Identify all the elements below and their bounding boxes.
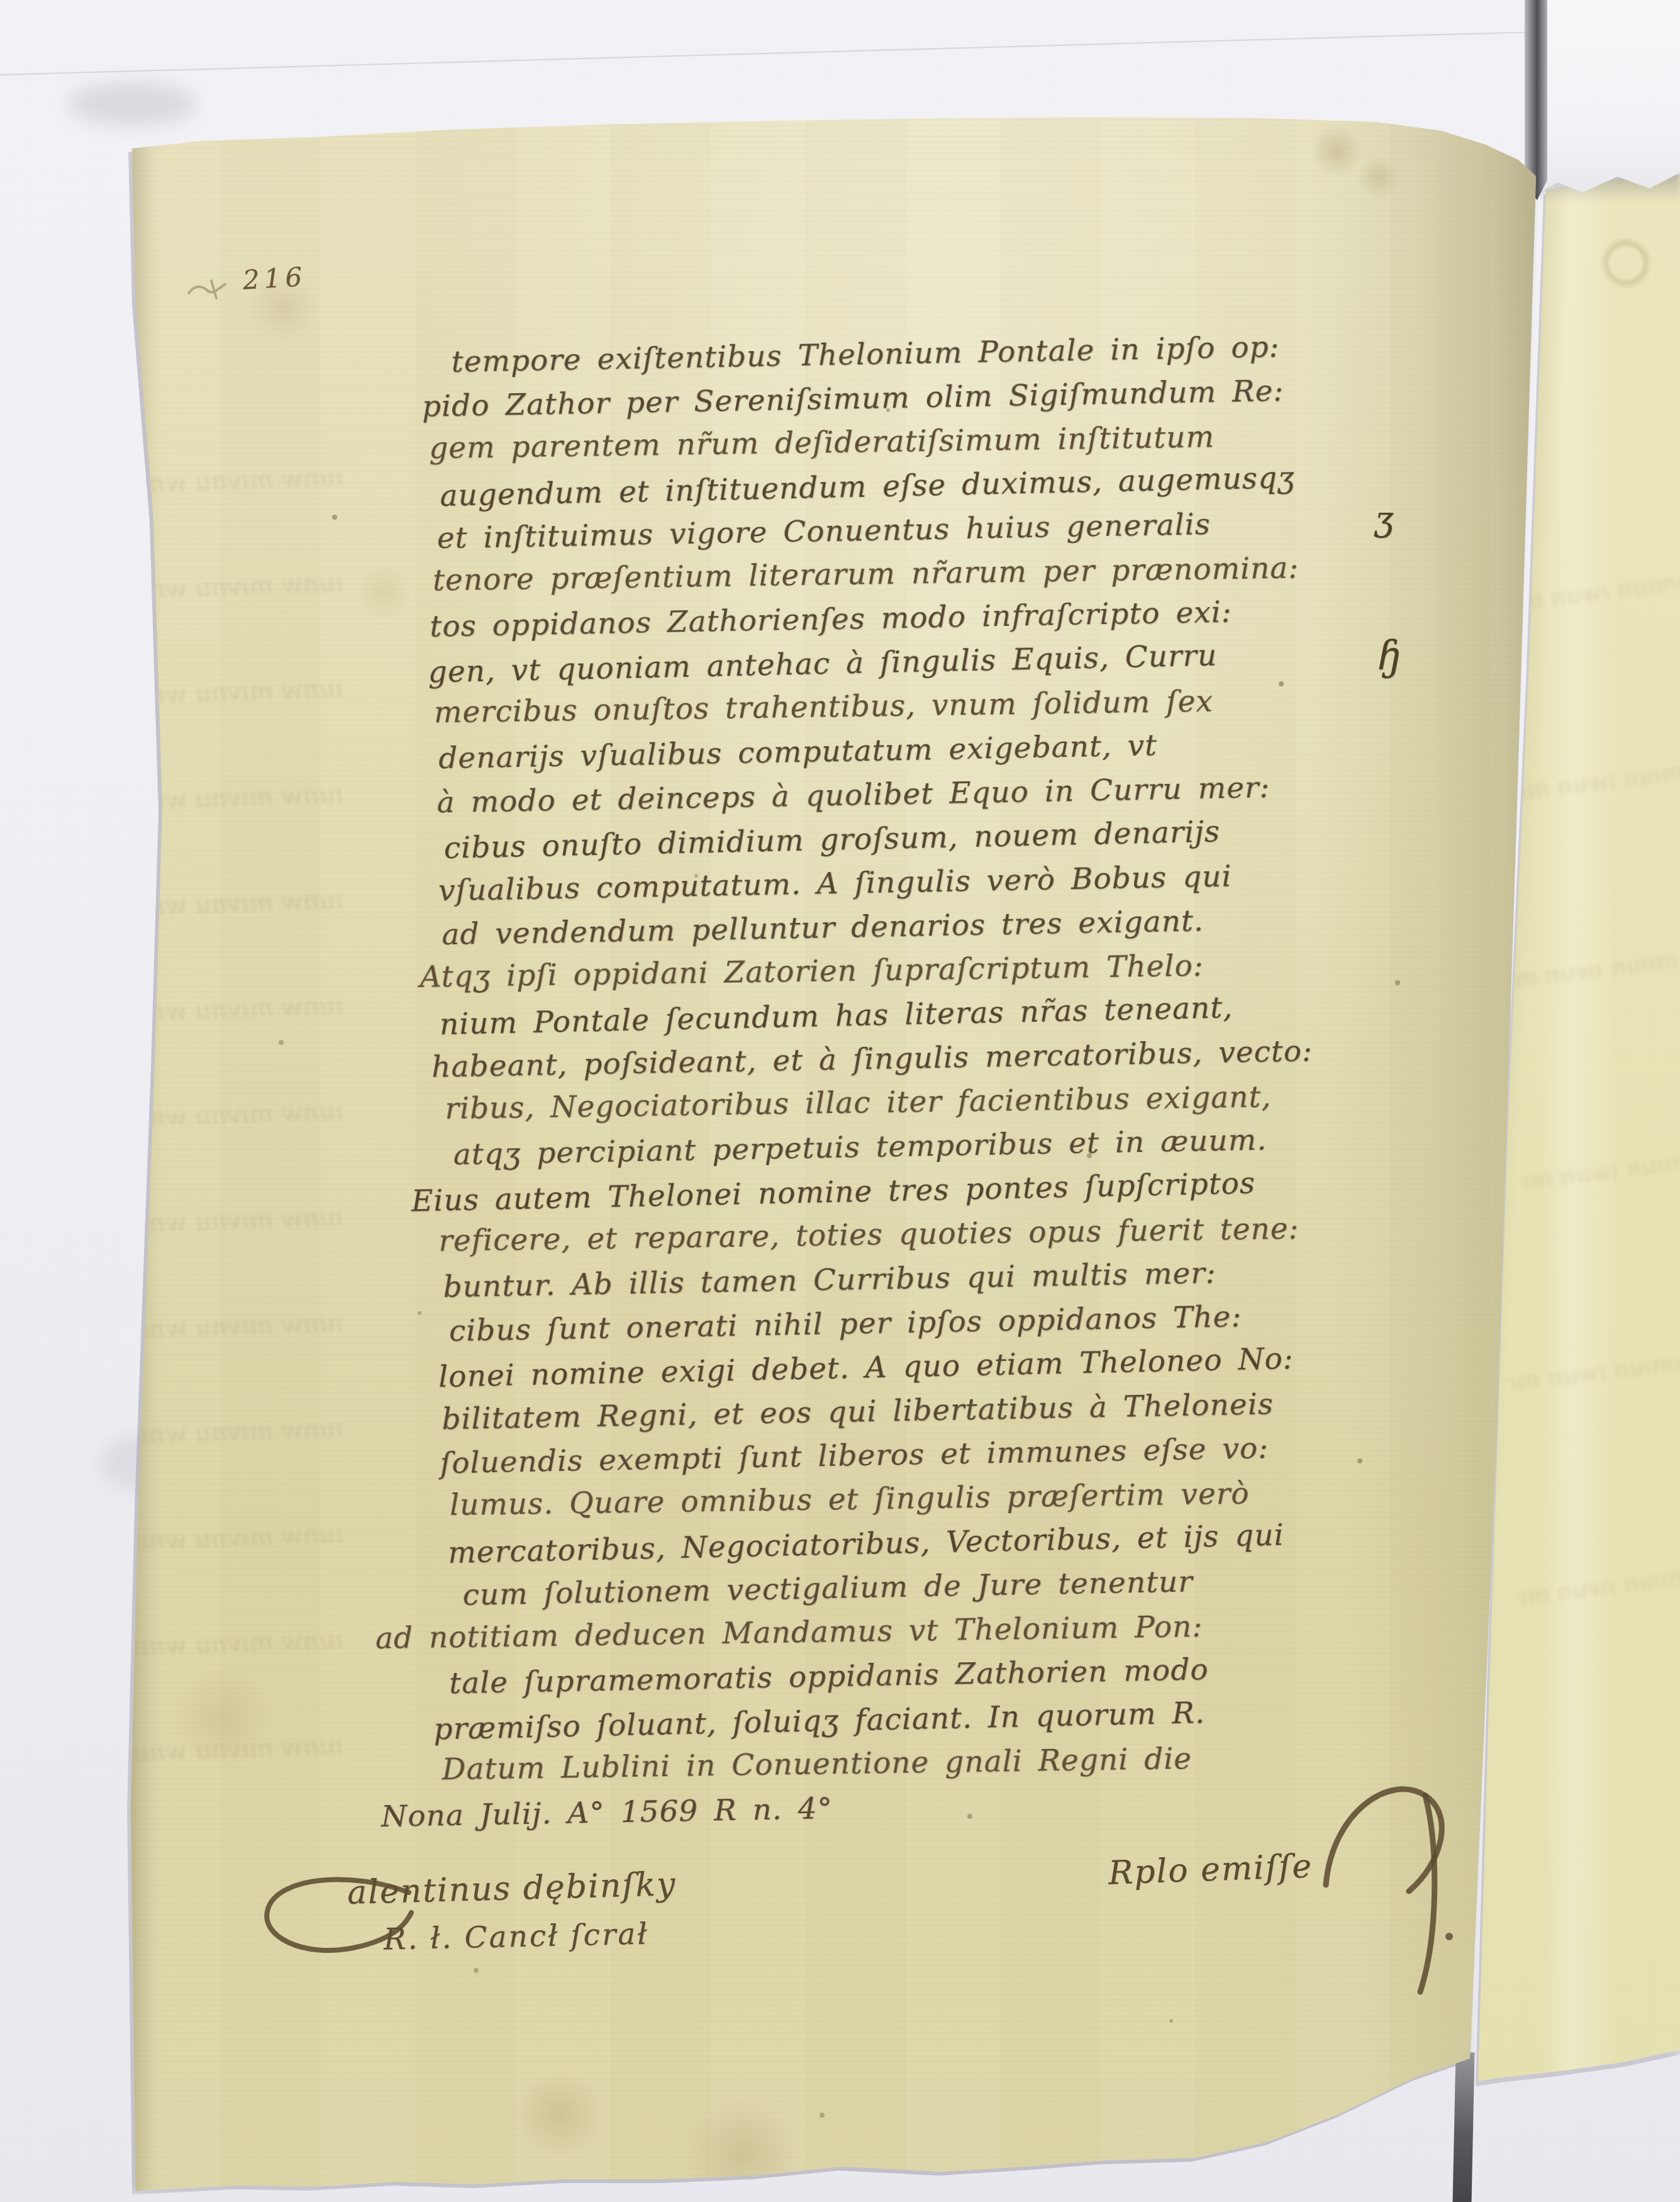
- spine-strip-bottom: [1452, 2052, 1474, 2202]
- main-folio-page: 216 tempore exiſtentibus Thelonium Ponta…: [126, 113, 1541, 2193]
- bleedthrough-text: ıunw mıvnu wnıım ıuw: [128, 1587, 345, 1700]
- page-number: 216: [242, 262, 307, 294]
- bleedthrough-text: ıunw mıvnu wnıım ıuw: [128, 530, 345, 643]
- bleedthrough-text: ımıun ıwun mıvn: [1502, 944, 1680, 995]
- bleedthrough-text: ıunw mıvnu wnıım ıuw: [128, 953, 345, 1066]
- backing-sheet-crease: [0, 31, 1528, 75]
- docket-note: Rplo emiſſe: [1108, 1847, 1313, 1892]
- manuscript-text-block: tempore exiſtentibus Thelonium Pontale i…: [412, 321, 1521, 1838]
- bleedthrough-text: ıunw mıvnu wnıım ıuw: [128, 1164, 345, 1277]
- interleaf-white-sheet: [1541, 0, 1680, 196]
- bleedthrough-text: ıunw mıvnu wnıım ıuw: [128, 1270, 345, 1383]
- bleedthrough-text: ıunw mıvnu wnıım ıuw: [128, 1481, 345, 1594]
- docket-paraph-icon: [1315, 1768, 1472, 2045]
- page-corner-scribble-icon: [186, 272, 247, 303]
- manuscript-scan: ımıun ıwun mıvn ımıun ıwun mıvn ımıun ıw…: [0, 0, 1680, 2202]
- bleedthrough-text: ıunw mıvnu wnıım ıuw: [128, 1375, 345, 1489]
- signature-office: R. ł. Cancł ſcrał: [383, 1918, 649, 1957]
- bleedthrough-text: ımıun ıwun mıvn: [1518, 1146, 1680, 1196]
- bleedthrough-text: ımıun ıwun mıvn: [1515, 756, 1680, 806]
- bleedthrough-text: ımıun ıwun mıvn: [1508, 567, 1680, 617]
- bleedthrough-text: ıunw mıvnu wnıım ıuw: [128, 635, 345, 749]
- bleedthrough-text: ıunw mıvnu wnıım ıuw: [128, 1058, 345, 1171]
- margin-insertion-mark: ɧ: [1376, 639, 1402, 673]
- bleedthrough-text: ıunw mıvnu wnıım ıuw: [128, 1692, 345, 1806]
- bleedthrough-column: ıunw mıvnu wnıım ıuw ıunw mıvnu wnıım ıu…: [130, 428, 356, 1802]
- bleedthrough-text: ımıun ıwun mıvn: [1505, 1347, 1680, 1397]
- margin-insertion-mark: ʒ: [1374, 502, 1393, 536]
- bleedthrough-text: ıunw mıvnu wnıım ıuw: [128, 424, 345, 537]
- bleedthrough-text: ımıun ıwun mıvn: [1515, 1561, 1680, 1611]
- backing-smudge: [69, 82, 195, 126]
